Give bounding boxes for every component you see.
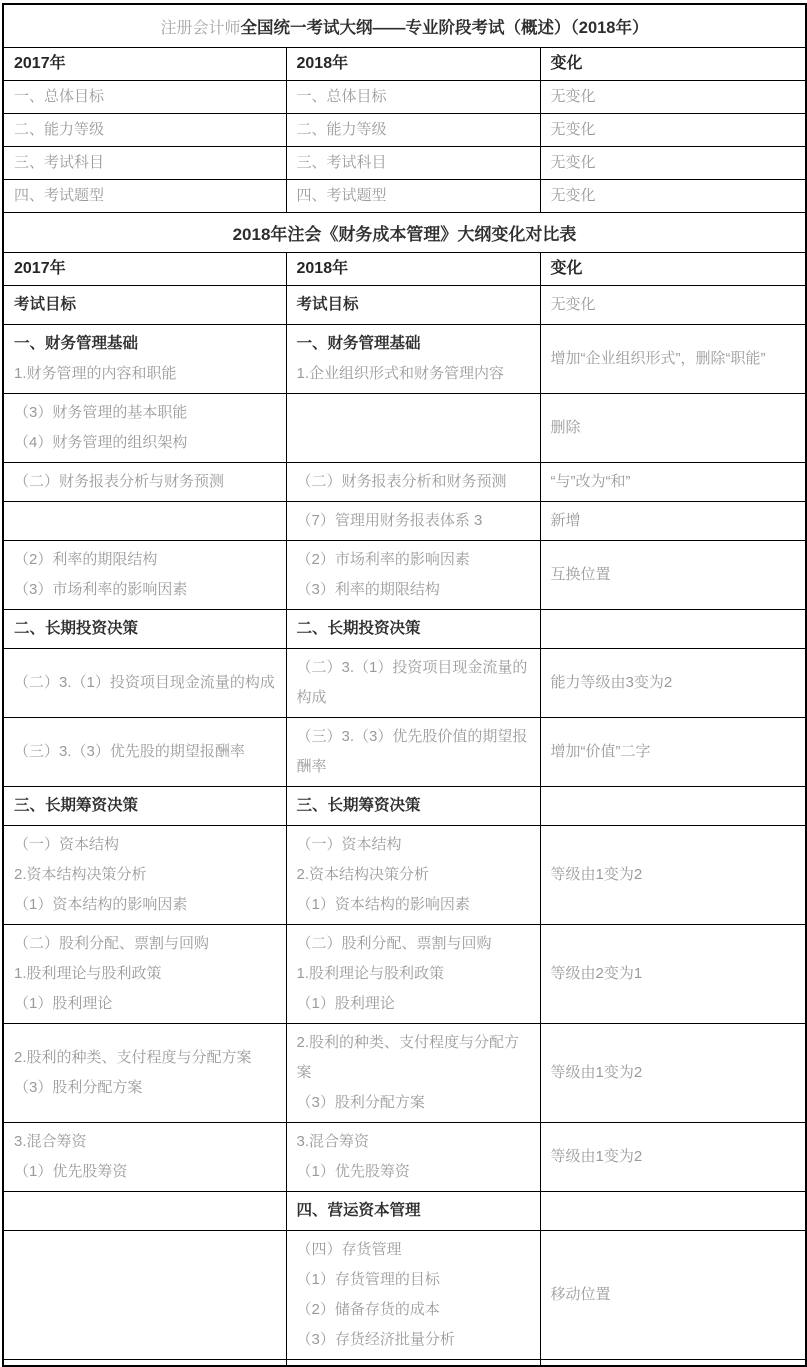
- table-cell: 3.混合筹资（1）优先股筹资: [286, 1123, 540, 1192]
- outline-item: （四）存货管理: [297, 1235, 530, 1265]
- outline-item: （2）储备存货的成本: [297, 1295, 530, 1325]
- outline-item: （二）3.（1）投资项目现金流量的构成: [297, 653, 530, 713]
- outline-item: 一、总体目标: [14, 85, 276, 109]
- table-cell: 新增: [540, 502, 806, 541]
- outline-item: （1）优先股筹资: [14, 1157, 276, 1187]
- outline-item: 四、考试题型: [297, 184, 530, 208]
- detail-table-row: 四、营运资本管理: [3, 1192, 806, 1231]
- title-main: 全国统一考试大纲——专业阶段考试（概述）（2018年）: [241, 19, 649, 37]
- outline-item: （二）3.（1）投资项目现金流量的构成: [14, 668, 276, 698]
- overview-table-row: 一、总体目标一、总体目标无变化: [3, 81, 806, 114]
- outline-item: （4）财务管理的组织架构: [14, 428, 276, 458]
- table-cell: 三、考试科目: [3, 147, 286, 180]
- outline-item: （三）3.（3）优先股的期望报酬率: [14, 737, 276, 767]
- outline-item: （1）资本结构的影响因素: [297, 890, 530, 920]
- detail-table-row: 二、长期投资决策二、长期投资决策: [3, 610, 806, 649]
- table-cell: 二、长期投资决策: [286, 610, 540, 649]
- section-title: 2018年注会《财务成本管理》大纲变化对比表: [3, 213, 806, 253]
- table-cell: （二）3.（1）投资项目现金流量的构成: [286, 649, 540, 718]
- outline-heading: 二、长期投资决策: [14, 614, 276, 644]
- table-cell: 等级由1变为2: [540, 1123, 806, 1192]
- table-cell: 无变化: [540, 114, 806, 147]
- outline-item: （1）资本结构的影响因素: [14, 890, 276, 920]
- table-cell: [3, 1192, 286, 1231]
- outline-item: 2.股利的种类、支付程度与分配方案: [14, 1043, 276, 1073]
- outline-item: （二）股利分配、票割与回购: [14, 929, 276, 959]
- table-cell: 三、长期筹资决策: [3, 787, 286, 826]
- detail-table-row: 2.股利的种类、支付程度与分配方案（3）股利分配方案2.股利的种类、支付程度与分…: [3, 1024, 806, 1123]
- table-cell: [3, 502, 286, 541]
- table-cell: 三、考试科目: [286, 147, 540, 180]
- outline-item: 一、总体目标: [297, 85, 530, 109]
- outline-item: 无变化: [551, 184, 796, 208]
- overview-table-row: 二、能力等级二、能力等级无变化: [3, 114, 806, 147]
- outline-item: （1）存货管理的目标: [297, 1265, 530, 1295]
- table-cell: 二、长期投资决策: [3, 610, 286, 649]
- table-cell: 无变化: [540, 180, 806, 213]
- outline-item: （1）优先股筹资: [297, 1157, 530, 1187]
- table-cell: 互换位置: [540, 541, 806, 610]
- outline-item: 新增: [551, 506, 796, 536]
- outline-item: （1）股利理论: [297, 989, 530, 1019]
- outline-item: 2.资本结构决策分析: [14, 860, 276, 890]
- detail-column-header-2017: 2017年: [3, 253, 286, 286]
- table-cell: 二、能力等级: [3, 114, 286, 147]
- table-cell: [540, 787, 806, 826]
- outline-item: （3）财务管理的基本职能: [14, 398, 276, 428]
- outline-item: （3）利率的期限结构: [297, 575, 530, 605]
- outline-item: “与”改为“和”: [551, 467, 796, 497]
- outline-item: （一）资本结构: [297, 830, 530, 860]
- outline-item: 2.股利的种类、支付程度与分配方案: [297, 1028, 530, 1088]
- table-cell: 二、能力等级: [286, 114, 540, 147]
- detail-table-row: 考试目标考试目标无变化: [3, 286, 806, 325]
- outline-heading: 考试目标: [14, 290, 276, 320]
- outline-item: （二）股利分配、票割与回购: [297, 929, 530, 959]
- table-cell: [3, 1231, 286, 1360]
- detail-table-row: 一、财务管理基础1.财务管理的内容和职能一、财务管理基础1.企业组织形式和财务管…: [3, 325, 806, 394]
- detail-table-body: 考试目标考试目标无变化一、财务管理基础1.财务管理的内容和职能一、财务管理基础1…: [3, 286, 806, 1360]
- table-cell: （2）市场利率的影响因素（3）利率的期限结构: [286, 541, 540, 610]
- document-title: 注册会计师全国统一考试大纲——专业阶段考试（概述）（2018年）: [3, 4, 806, 48]
- table-cell: 一、财务管理基础1.企业组织形式和财务管理内容: [286, 325, 540, 394]
- outline-item: 互换位置: [551, 560, 796, 590]
- table-cell: [540, 1192, 806, 1231]
- table-cell: （3）财务管理的基本职能（4）财务管理的组织架构: [3, 394, 286, 463]
- table-cell: （二）3.（1）投资项目现金流量的构成: [3, 649, 286, 718]
- outline-item: （二）财务报表分析与财务预测: [14, 467, 276, 497]
- clipped-bottom-row: [3, 1360, 806, 1367]
- table-cell: （一）资本结构2.资本结构决策分析（1）资本结构的影响因素: [286, 826, 540, 925]
- outline-item: 无变化: [551, 118, 796, 142]
- table-cell: 移动位置: [540, 1231, 806, 1360]
- overview-table-row: 三、考试科目三、考试科目无变化: [3, 147, 806, 180]
- detail-table-row: （三）3.（3）优先股的期望报酬率（三）3.（3）优先股价值的期望报酬率增加“价…: [3, 718, 806, 787]
- table-cell: 删除: [540, 394, 806, 463]
- title-prefix: 注册会计师: [161, 20, 241, 37]
- outline-item: 增加“价值”二字: [551, 737, 796, 767]
- outline-item: 无变化: [551, 290, 796, 320]
- outline-item: 三、考试科目: [297, 151, 530, 175]
- outline-item: 3.混合筹资: [297, 1127, 530, 1157]
- detail-table-row: 三、长期筹资决策三、长期筹资决策: [3, 787, 806, 826]
- table-cell: （二）财务报表分析与财务预测: [3, 463, 286, 502]
- table-cell: 三、长期筹资决策: [286, 787, 540, 826]
- table-cell: （一）资本结构2.资本结构决策分析（1）资本结构的影响因素: [3, 826, 286, 925]
- outline-heading: 三、长期筹资决策: [14, 791, 276, 821]
- outline-item: （一）资本结构: [14, 830, 276, 860]
- table-cell: 能力等级由3变为2: [540, 649, 806, 718]
- detail-table-row: （二）股利分配、票割与回购1.股利理论与股利政策（1）股利理论（二）股利分配、票…: [3, 925, 806, 1024]
- detail-table-row: 3.混合筹资（1）优先股筹资3.混合筹资（1）优先股筹资等级由1变为2: [3, 1123, 806, 1192]
- detail-table-row: （7）管理用财务报表体系 3新增: [3, 502, 806, 541]
- section-title-row: 2018年注会《财务成本管理》大纲变化对比表: [3, 213, 806, 253]
- detail-column-header-2018: 2018年: [286, 253, 540, 286]
- detail-table-row: （二）财务报表分析与财务预测（二）财务报表分析和财务预测“与”改为“和”: [3, 463, 806, 502]
- outline-item: 二、能力等级: [297, 118, 530, 142]
- column-header-change: 变化: [540, 48, 806, 81]
- outline-heading: 三、长期筹资决策: [297, 791, 530, 821]
- table-cell: 考试目标: [3, 286, 286, 325]
- outline-item: （7）管理用财务报表体系 3: [297, 506, 530, 536]
- table-cell: （三）3.（3）优先股价值的期望报酬率: [286, 718, 540, 787]
- outline-item: 1.股利理论与股利政策: [14, 959, 276, 989]
- column-header-2018: 2018年: [286, 48, 540, 81]
- outline-item: （2）利率的期限结构: [14, 545, 276, 575]
- outline-item: 2.资本结构决策分析: [297, 860, 530, 890]
- table-cell: 增加“价值”二字: [540, 718, 806, 787]
- outline-item: 1.财务管理的内容和职能: [14, 359, 276, 389]
- table-cell: 考试目标: [286, 286, 540, 325]
- table-cell: [3, 1360, 286, 1367]
- outline-heading: 一、财务管理基础: [297, 329, 530, 359]
- table-cell: 四、考试题型: [286, 180, 540, 213]
- outline-item: （三）3.（3）优先股价值的期望报酬率: [297, 722, 530, 782]
- table-cell: [540, 610, 806, 649]
- table-cell: 2.股利的种类、支付程度与分配方案（3）股利分配方案: [3, 1024, 286, 1123]
- overview-header-row: 2017年 2018年 变化: [3, 48, 806, 81]
- document-page: 注册会计师全国统一考试大纲——专业阶段考试（概述）（2018年） 2017年 2…: [0, 0, 807, 1367]
- table-cell: （二）股利分配、票割与回购1.股利理论与股利政策（1）股利理论: [286, 925, 540, 1024]
- outline-item: （3）股利分配方案: [14, 1073, 276, 1103]
- syllabus-comparison-table: 注册会计师全国统一考试大纲——专业阶段考试（概述）（2018年） 2017年 2…: [2, 3, 807, 1367]
- table-cell: [286, 1360, 540, 1367]
- table-cell: 增加“企业组织形式”，删除“职能”: [540, 325, 806, 394]
- table-cell: [286, 394, 540, 463]
- outline-item: 二、能力等级: [14, 118, 276, 142]
- column-header-2017: 2017年: [3, 48, 286, 81]
- table-cell: 2.股利的种类、支付程度与分配方案（3）股利分配方案: [286, 1024, 540, 1123]
- table-cell: （三）3.（3）优先股的期望报酬率: [3, 718, 286, 787]
- table-cell: 四、营运资本管理: [286, 1192, 540, 1231]
- table-cell: 无变化: [540, 286, 806, 325]
- outline-heading: 考试目标: [297, 290, 530, 320]
- outline-item: 3.混合筹资: [14, 1127, 276, 1157]
- outline-heading: 一、财务管理基础: [14, 329, 276, 359]
- detail-table-row: （一）资本结构2.资本结构决策分析（1）资本结构的影响因素（一）资本结构2.资本…: [3, 826, 806, 925]
- outline-item: 等级由2变为1: [551, 959, 796, 989]
- table-cell: （7）管理用财务报表体系 3: [286, 502, 540, 541]
- table-cell: （四）存货管理（1）存货管理的目标（2）储备存货的成本（3）存货经济批量分析: [286, 1231, 540, 1360]
- outline-item: 无变化: [551, 151, 796, 175]
- table-cell: 等级由2变为1: [540, 925, 806, 1024]
- table-cell: 等级由1变为2: [540, 826, 806, 925]
- table-cell: “与”改为“和”: [540, 463, 806, 502]
- outline-item: （二）财务报表分析和财务预测: [297, 467, 530, 497]
- outline-item: 三、考试科目: [14, 151, 276, 175]
- table-cell: 无变化: [540, 81, 806, 114]
- detail-header-row: 2017年 2018年 变化: [3, 253, 806, 286]
- outline-item: （3）存货经济批量分析: [297, 1325, 530, 1355]
- outline-item: 无变化: [551, 85, 796, 109]
- outline-item: （1）股利理论: [14, 989, 276, 1019]
- overview-table-row: 四、考试题型四、考试题型无变化: [3, 180, 806, 213]
- outline-item: 等级由1变为2: [551, 1058, 796, 1088]
- outline-item: （2）市场利率的影响因素: [297, 545, 530, 575]
- table-cell: 四、考试题型: [3, 180, 286, 213]
- outline-heading: 四、营运资本管理: [297, 1196, 530, 1226]
- outline-item: （3）股利分配方案: [297, 1088, 530, 1118]
- outline-heading: 二、长期投资决策: [297, 614, 530, 644]
- outline-item: 四、考试题型: [14, 184, 276, 208]
- table-cell: （二）财务报表分析和财务预测: [286, 463, 540, 502]
- outline-item: （3）市场利率的影响因素: [14, 575, 276, 605]
- title-row: 注册会计师全国统一考试大纲——专业阶段考试（概述）（2018年）: [3, 4, 806, 48]
- outline-item: 1.企业组织形式和财务管理内容: [297, 359, 530, 389]
- table-cell: 一、总体目标: [3, 81, 286, 114]
- detail-table-row: （二）3.（1）投资项目现金流量的构成（二）3.（1）投资项目现金流量的构成能力…: [3, 649, 806, 718]
- outline-item: 等级由1变为2: [551, 860, 796, 890]
- table-cell: 3.混合筹资（1）优先股筹资: [3, 1123, 286, 1192]
- outline-item: 能力等级由3变为2: [551, 668, 796, 698]
- table-cell: 等级由1变为2: [540, 1024, 806, 1123]
- outline-item: 删除: [551, 413, 796, 443]
- outline-item: 1.股利理论与股利政策: [297, 959, 530, 989]
- table-cell: 一、总体目标: [286, 81, 540, 114]
- table-cell: （2）利率的期限结构（3）市场利率的影响因素: [3, 541, 286, 610]
- table-cell: （二）股利分配、票割与回购1.股利理论与股利政策（1）股利理论: [3, 925, 286, 1024]
- outline-item: 等级由1变为2: [551, 1142, 796, 1172]
- table-cell: 一、财务管理基础1.财务管理的内容和职能: [3, 325, 286, 394]
- detail-table-row: （2）利率的期限结构（3）市场利率的影响因素（2）市场利率的影响因素（3）利率的…: [3, 541, 806, 610]
- detail-column-header-change: 变化: [540, 253, 806, 286]
- overview-table-body: 一、总体目标一、总体目标无变化二、能力等级二、能力等级无变化三、考试科目三、考试…: [3, 81, 806, 213]
- table-cell: 无变化: [540, 147, 806, 180]
- table-cell: [540, 1360, 806, 1367]
- outline-item: 增加“企业组织形式”，删除“职能”: [551, 344, 796, 374]
- detail-table-row: （3）财务管理的基本职能（4）财务管理的组织架构删除: [3, 394, 806, 463]
- detail-table-row: （四）存货管理（1）存货管理的目标（2）储备存货的成本（3）存货经济批量分析移动…: [3, 1231, 806, 1360]
- outline-item: 移动位置: [551, 1280, 796, 1310]
